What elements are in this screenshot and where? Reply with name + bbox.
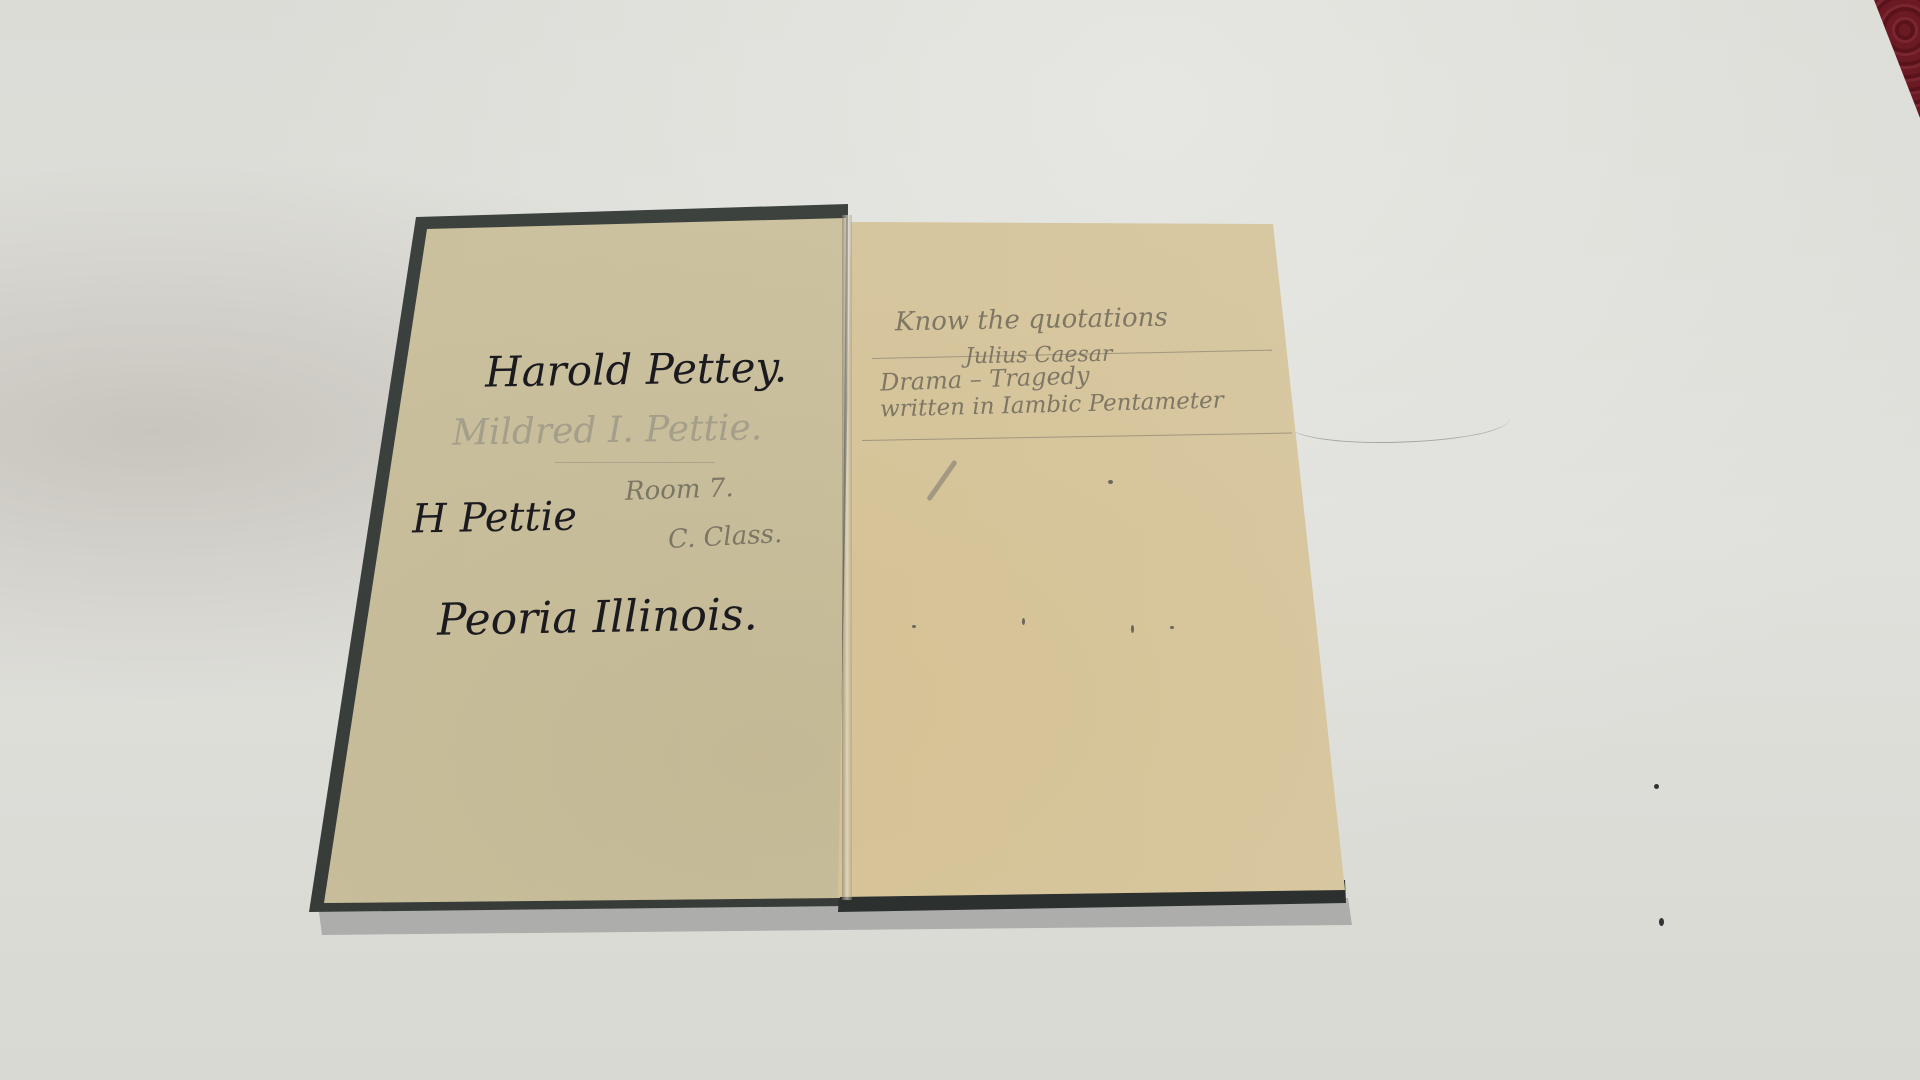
inscription-h-pettie: H Pettie	[412, 494, 578, 543]
loose-thread	[1290, 402, 1510, 443]
inscription-mildred-pettie: Mildred I. Pettie.	[452, 407, 763, 453]
page-speck	[912, 625, 916, 628]
page-speck	[1108, 480, 1113, 484]
inscription-harold-pettey: Harold Pettey.	[485, 342, 788, 396]
inscription-c-class: C. Class.	[667, 519, 783, 555]
page-speck	[1022, 618, 1025, 625]
inscription-peoria-illinois: Peoria Illinois.	[437, 589, 758, 646]
table-speck	[1659, 918, 1664, 926]
book-gutter	[842, 215, 852, 900]
inscription-room-7: Room 7.	[625, 473, 735, 507]
page-speck	[1131, 625, 1134, 633]
note-know-the-quotations: Know the quotations	[895, 303, 1168, 338]
table-speck	[1654, 784, 1659, 789]
pencil-underline	[555, 462, 715, 463]
page-speck	[1170, 626, 1174, 629]
